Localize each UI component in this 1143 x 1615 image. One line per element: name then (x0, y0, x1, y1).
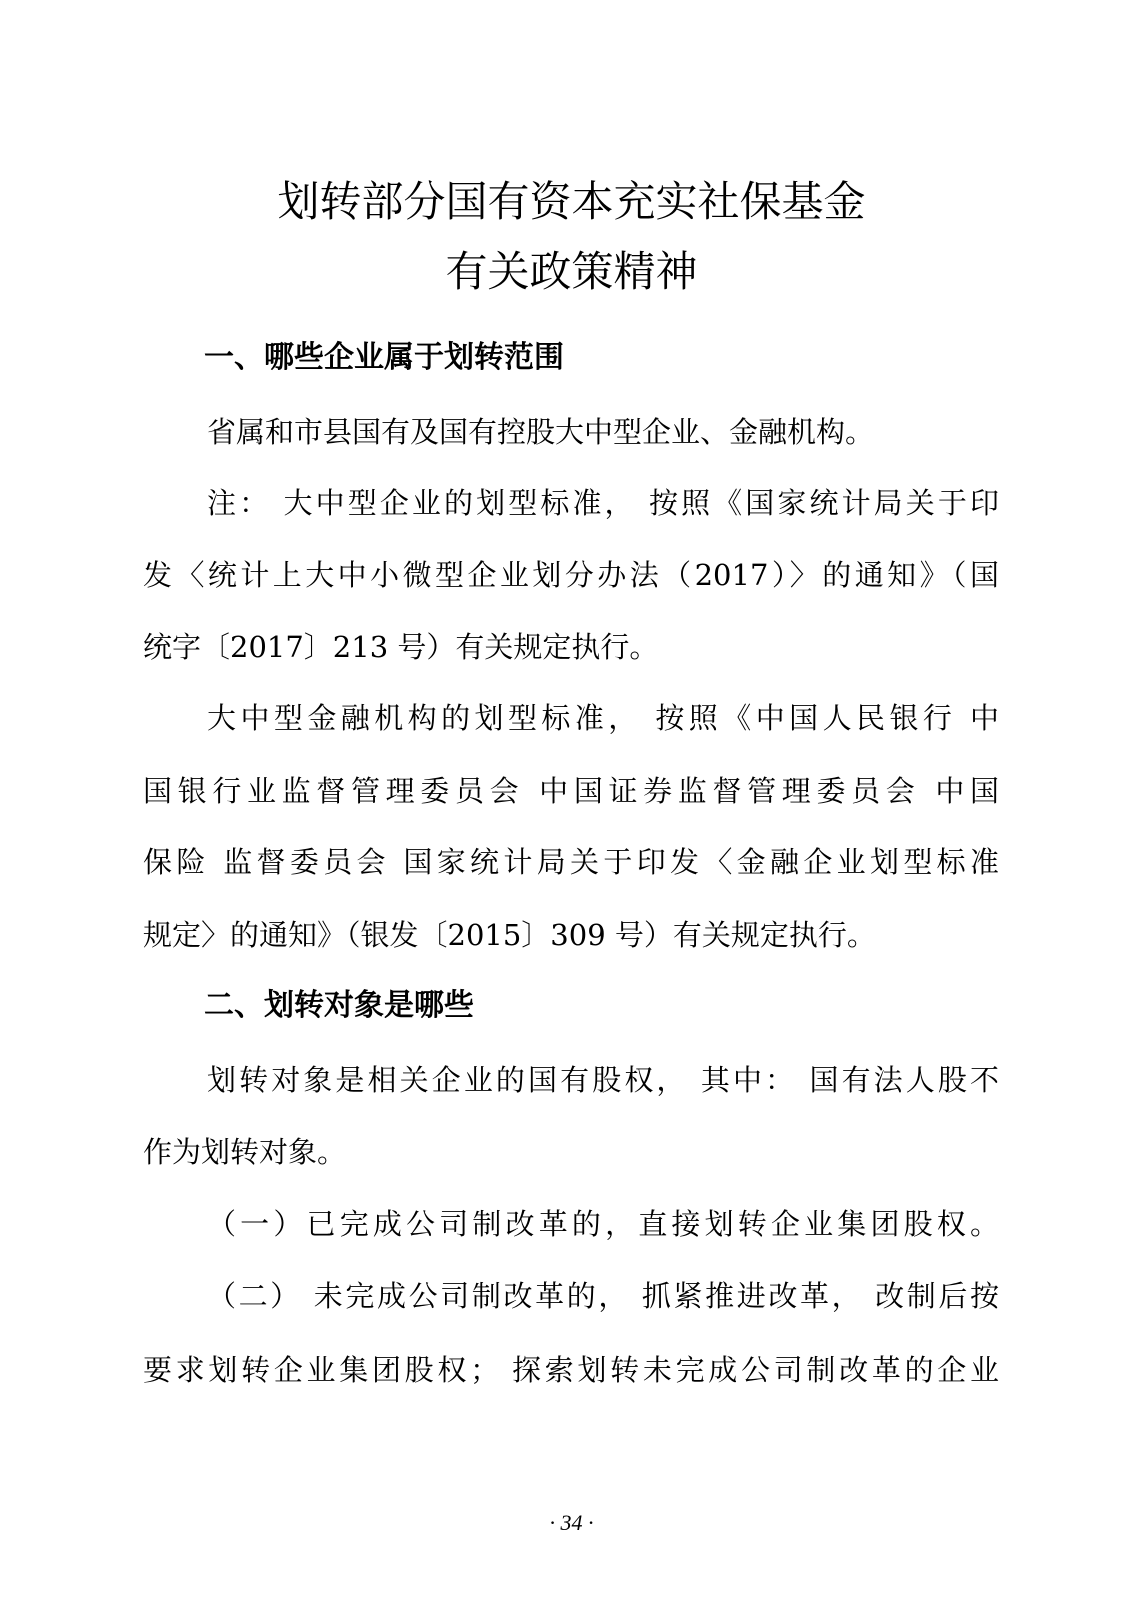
paragraph-line: 划转对象是相关企业的国有股权， 其中： 国有法人股不 (207, 1060, 999, 1100)
paragraph-line: 作为划转对象。 (143, 1132, 999, 1172)
paragraph-line: （一）已完成公司制改革的，直接划转企业集团股权。 (207, 1204, 999, 1244)
document-title-line-2: 有关政策精神 (0, 247, 1143, 297)
paragraph-line: 要求划转企业集团股权； 探索划转未完成公司制改革的企业 (143, 1350, 999, 1390)
document-page: 划转部分国有资本充实社保基金 有关政策精神 一、哪些企业属于划转范围 省属和市县… (0, 0, 1143, 1615)
paragraph-line: 国银行业监督管理委员会 中国证券监督管理委员会 中国 (143, 771, 999, 811)
paragraph-line: 省属和市县国有及国有控股大中型企业、金融机构。 (207, 412, 999, 452)
paragraph-line: 发〈统计上大中小微型企业划分办法（2017）〉的通知》（国 (143, 555, 999, 595)
section-heading-2: 二、划转对象是哪些 (204, 986, 474, 1026)
paragraph-line: 规定〉的通知》（银发〔2015〕309 号）有关规定执行。 (143, 915, 999, 955)
paragraph-line: 注： 大中型企业的划型标准， 按照《国家统计局关于印 (207, 483, 999, 523)
paragraph-line: 大中型金融机构的划型标准， 按照《中国人民银行 中 (207, 698, 999, 738)
page-number: · 34 · (0, 1508, 1143, 1538)
section-heading-1: 一、哪些企业属于划转范围 (204, 338, 564, 378)
document-title-line-1: 划转部分国有资本充实社保基金 (0, 177, 1143, 227)
paragraph-line: 保险 监督委员会 国家统计局关于印发〈金融企业划型标准 (143, 842, 999, 882)
paragraph-line: 统字〔2017〕213 号）有关规定执行。 (143, 627, 999, 667)
paragraph-line: （二） 未完成公司制改革的， 抓紧推进改革， 改制后按 (207, 1276, 999, 1316)
